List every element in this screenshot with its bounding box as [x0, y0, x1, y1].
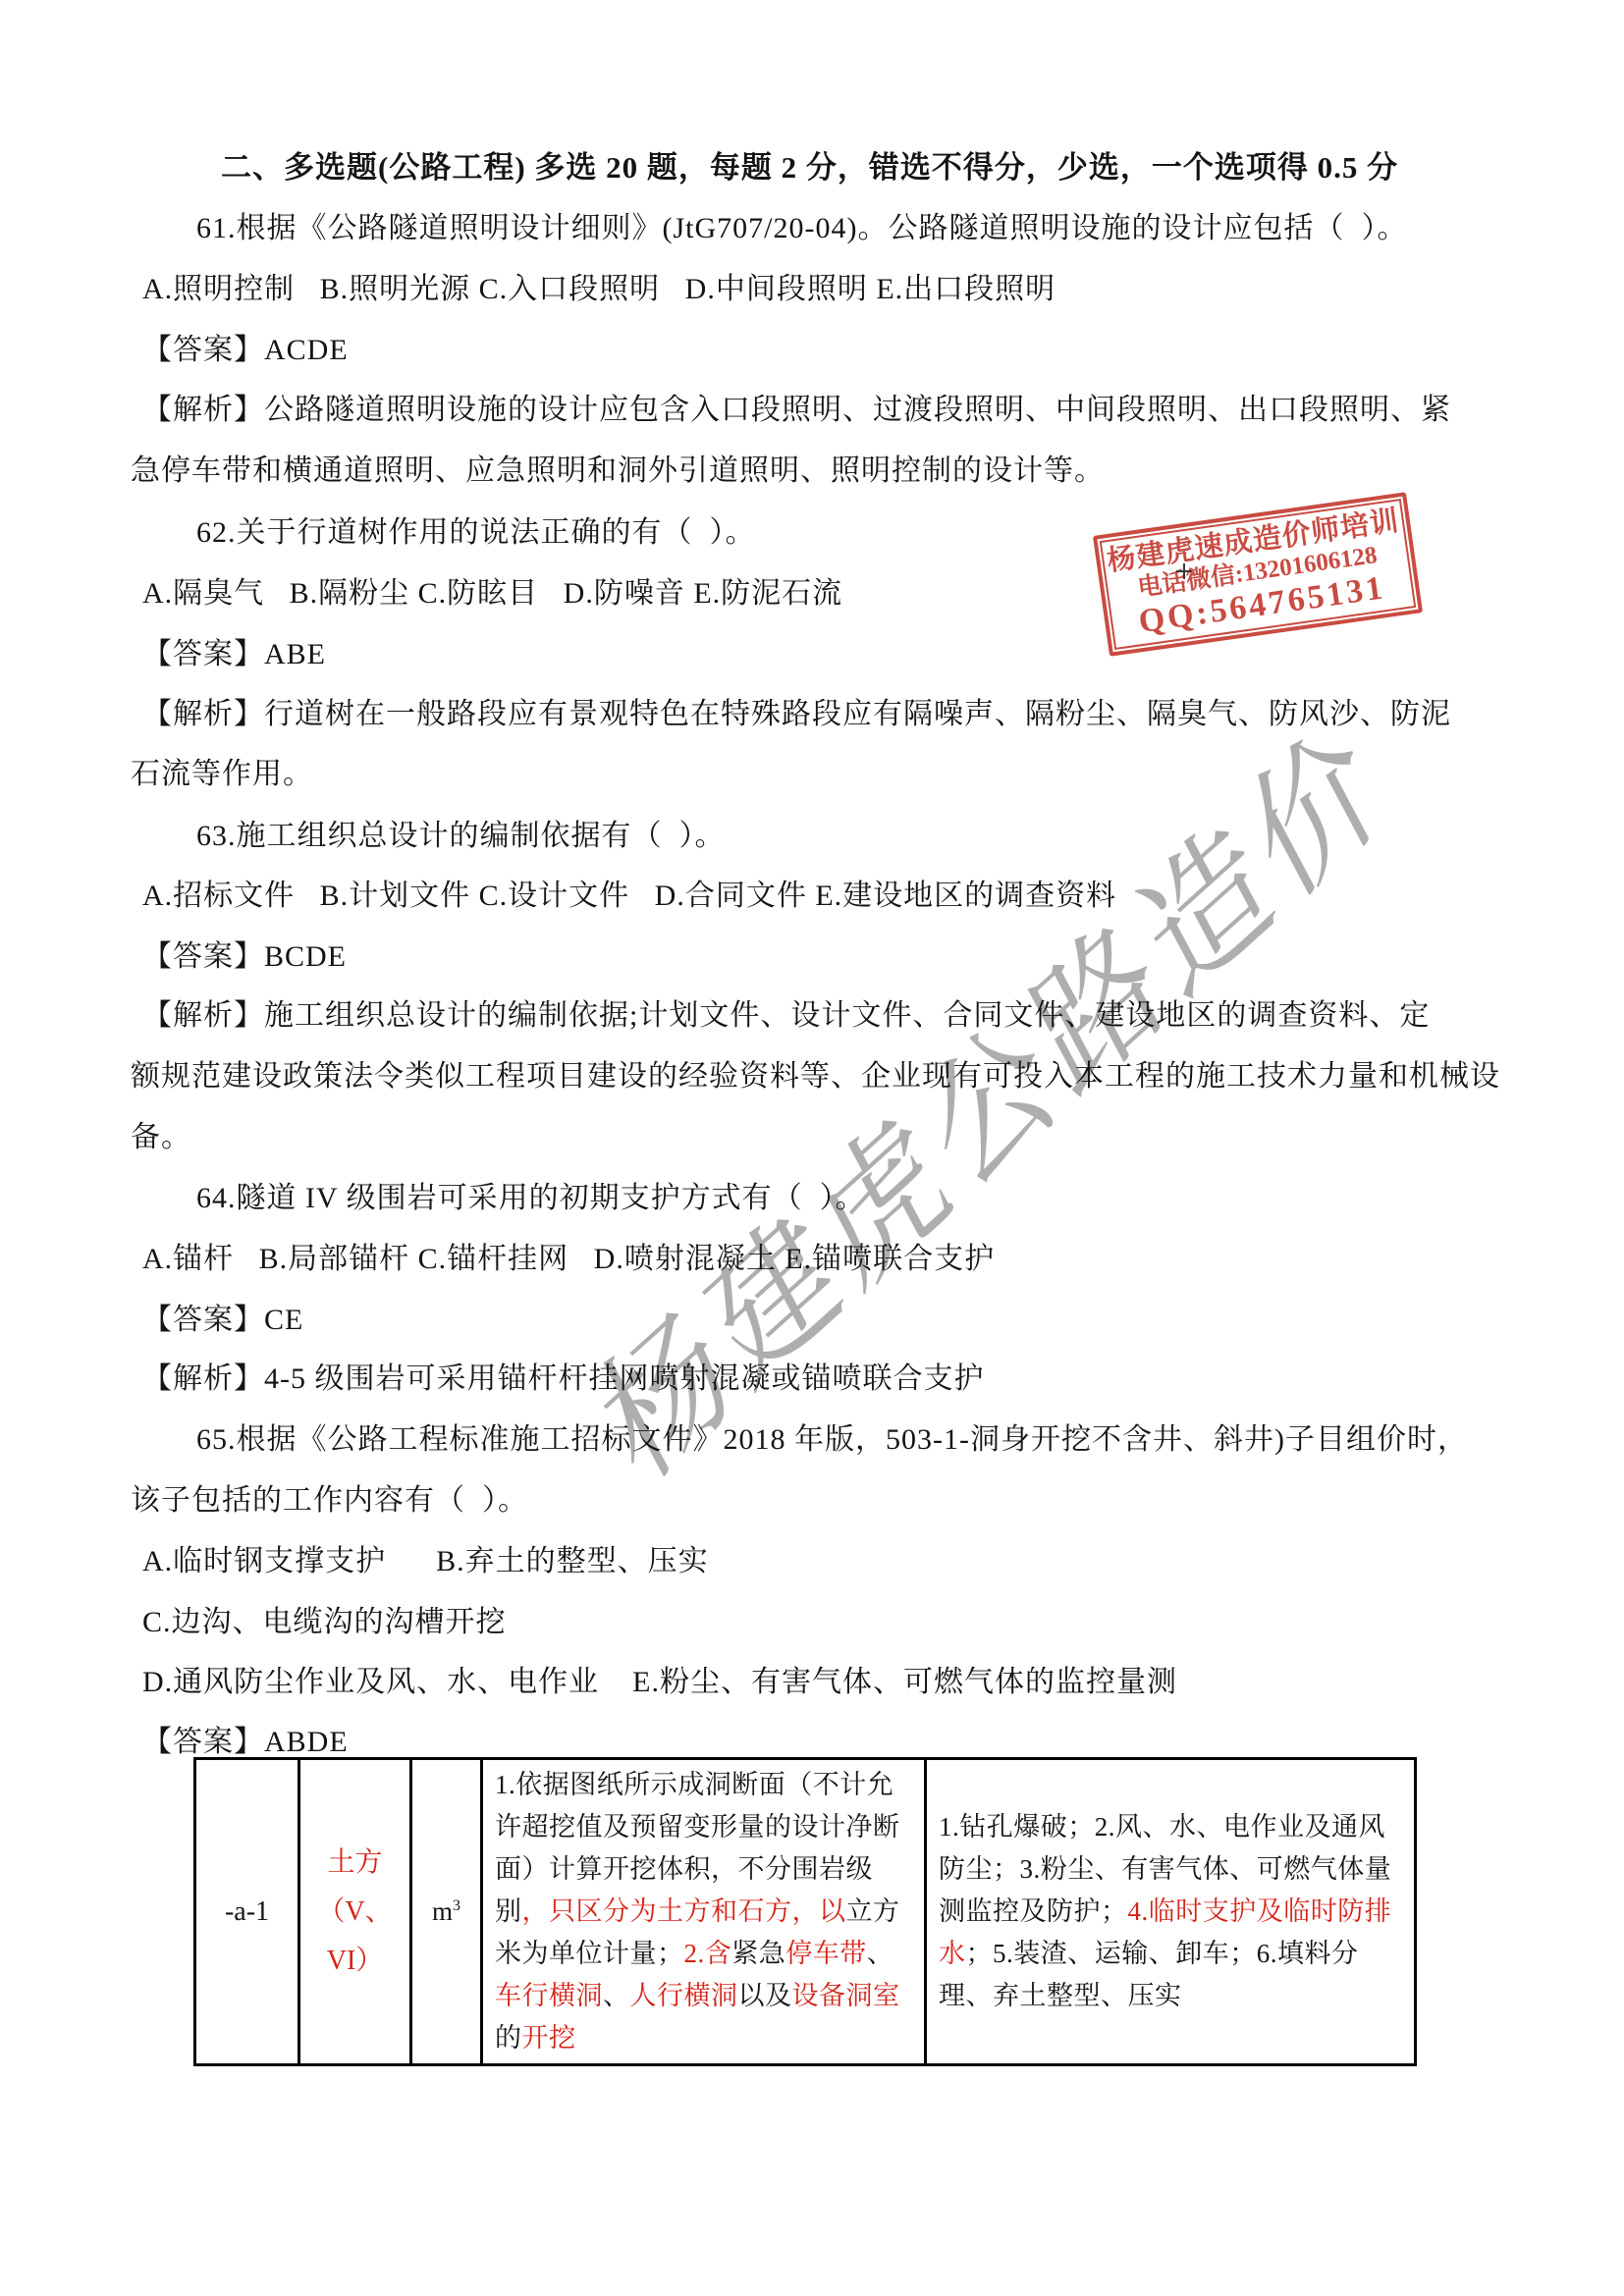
q63-answer: 【答案】BCDE — [142, 938, 347, 976]
q63-analysis-line1: 【解析】施工组织总设计的编制依据;计划文件、设计文件、合同文件、建设地区的调查资… — [142, 997, 1430, 1035]
q61-stem: 61.根据《公路隧道照明设计细则》(JtG707/20-04)。公路隧道照明设施… — [196, 210, 1407, 247]
unit-cell: m3 — [411, 1759, 482, 2065]
document-page: 杨建虎公路造价 二、多选题(公路工程) 多选 20 题，每题 2 分，错选不得分… — [0, 0, 1624, 2296]
measurement-rules-cell: 1.依据图纸所示成洞断面（不计允许超挖值及预留变形量的设计净断面）计算开挖体积，… — [482, 1759, 926, 2065]
section-title: 二、多选题(公路工程) 多选 20 题，每题 2 分，错选不得分，少选，一个选项… — [221, 149, 1398, 187]
stamp-inner-border: 杨建虎速成造价师培训 电话微信:13201606128 QQ:564765131 — [1100, 499, 1417, 650]
q65-options-c: C.边沟、电缆沟的沟槽开挖 — [142, 1604, 507, 1641]
q64-analysis-line1: 【解析】4-5 级围岩可采用锚杆杆挂网喷射混凝或锚喷联合支护 — [142, 1361, 985, 1398]
q61-analysis-line1: 【解析】公路隧道照明设施的设计应包含入口段照明、过渡段照明、中间段照明、出口段照… — [142, 392, 1451, 429]
q62-answer: 【答案】ABE — [142, 636, 326, 673]
table-row: -a-1 土方（V、VI） m3 1.依据图纸所示成洞断面（不计允许超挖值及预留… — [195, 1759, 1416, 2065]
q64-stem: 64.隧道 IV 级围岩可采用的初期支护方式有（ ）。 — [196, 1180, 866, 1217]
q65-options-de: D.通风防尘作业及风、水、电作业 E.粉尘、有害气体、可燃气体的监控量测 — [142, 1664, 1177, 1701]
q61-answer: 【答案】ACDE — [142, 332, 349, 369]
training-stamp: 杨建虎速成造价师培训 电话微信:13201606128 QQ:564765131 — [1093, 492, 1423, 657]
q63-options: A.招标文件 B.计划文件 C.设计文件 D.合同文件 E.建设地区的调查资料 — [142, 878, 1116, 915]
unit-base: m — [432, 1896, 453, 1926]
q65-answer: 【答案】ABDE — [142, 1724, 349, 1761]
item-code-cell: -a-1 — [195, 1759, 299, 2065]
q65-stem-line1: 65.根据《公路工程标准施工招标文件》2018 年版，503-1-洞身开挖不含井… — [196, 1421, 1468, 1459]
work-content-cell: 1.钻孔爆破；2.风、水、电作业及通风防尘；3.粉尘、有害气体、可燃气体量测监控… — [926, 1759, 1416, 2065]
q65-options-ab: A.临时钢支撑支护 B.弃土的整型、压实 — [142, 1543, 709, 1580]
q63-analysis-line2: 额规范建设政策法令类似工程项目建设的经验资料等、企业现有可投入本工程的施工技术力… — [131, 1058, 1500, 1095]
q61-options: A.照明控制 B.照明光源 C.入口段照明 D.中间段照明 E.出口段照明 — [142, 271, 1056, 308]
item-name-cell: 土方（V、VI） — [299, 1759, 411, 2065]
q62-analysis-line1: 【解析】行道树在一般路段应有景观特色在特殊路段应有隔噪声、隔粉尘、隔臭气、防风沙… — [142, 696, 1451, 733]
q64-options: A.锚杆 B.局部锚杆 C.锚杆挂网 D.喷射混凝土 E.锚喷联合支护 — [142, 1241, 995, 1278]
q63-stem: 63.施工组织总设计的编制依据有（ ）。 — [196, 818, 726, 855]
q64-answer: 【答案】CE — [142, 1302, 303, 1339]
unit-exponent: 3 — [453, 1897, 460, 1914]
pay-item-table: -a-1 土方（V、VI） m3 1.依据图纸所示成洞断面（不计允许超挖值及预留… — [193, 1757, 1417, 2066]
q62-stem: 62.关于行道树作用的说法正确的有（ ）。 — [196, 514, 756, 552]
q61-analysis-line2: 急停车带和横通道照明、应急照明和洞外引道照明、照明控制的设计等。 — [131, 453, 1105, 490]
cursor-cross-icon — [1176, 563, 1192, 579]
q62-analysis-line2: 石流等作用。 — [131, 756, 313, 793]
q62-options: A.隔臭气 B.隔粉尘 C.防眩目 D.防噪音 E.防泥石流 — [142, 575, 842, 613]
q65-stem-line2: 该子包括的工作内容有（ ）。 — [131, 1482, 528, 1520]
q63-analysis-line3: 备。 — [131, 1119, 191, 1156]
